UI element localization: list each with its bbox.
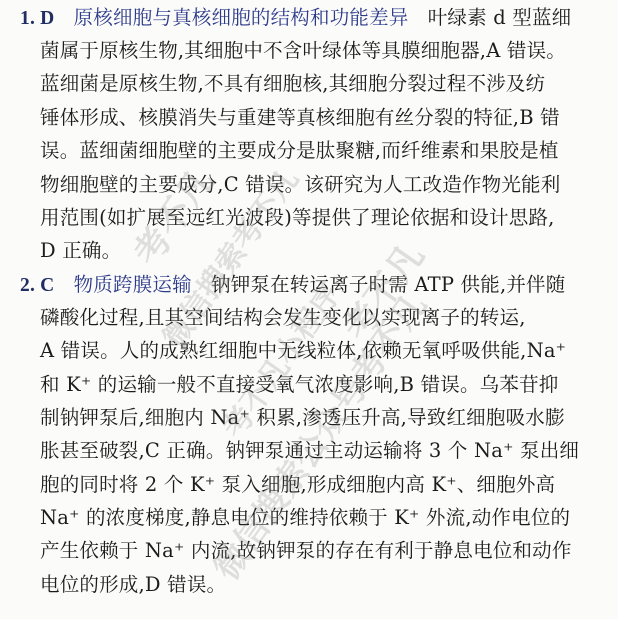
item-2-line: 产生依赖于 Na⁺ 内流,故钠钾泵的存在有利于静息电位和动作 — [40, 534, 612, 567]
item-2-line: 磷酸化过程,且其空间结构会发生变化以实现离子的转运, — [40, 301, 612, 334]
item-2-line: 胞的同时将 2 个 K⁺ 泵入细胞,形成细胞内高 K⁺、细胞外高 — [40, 468, 612, 501]
item-2-line: A 错误。人的成熟红细胞中无线粒体,依赖无氧呼吸供能,Na⁺ — [40, 334, 612, 367]
item-1-line: 蓝细菌是原核生物,不具有细胞核,其细胞分裂过程不涉及纺 — [40, 67, 612, 100]
item-1-line: 用范围(如扩展至远红光波段)等提供了理论依据和设计思路, — [40, 201, 612, 234]
item-2-text-0: 钠钾泵在转运离子时需 ATP 供能,并伴随 — [211, 273, 565, 296]
item-1-line: 菌属于原核生物,其细胞中不含叶绿体等具膜细胞器,A 错误。 — [40, 34, 612, 67]
answer-explanation-page: 1. D 原核细胞与真核细胞的结构和功能差异 叶绿素 d 型蓝细 菌属于原核生物… — [0, 0, 618, 619]
item-1-line: 误。蓝细菌细胞壁的主要成分是肽聚糖,而纤维素和果胶是植 — [40, 134, 612, 167]
item-2-line: 胀甚至破裂,C 正确。钠钾泵通过主动运输将 3 个 Na⁺ 泵出细 — [40, 434, 612, 467]
item-2-topic: 物质跨膜运输 — [74, 273, 192, 296]
item-2-line: 制钠钾泵后,细胞内 Na⁺ 积累,渗透压升高,导致红细胞吸水膨 — [40, 401, 612, 434]
item-1-text-0: 叶绿素 d 型蓝细 — [428, 6, 572, 29]
item-2-line: 和 K⁺ 的运输一般不直接受氧气浓度影响,B 错误。乌苯苷抑 — [40, 368, 612, 401]
item-1-line: 锤体形成、核膜消失与重建等真核细胞有丝分裂的特征,B 错 — [40, 101, 612, 134]
item-1-line: 物细胞壁的主要成分,C 错误。该研究为人工改造作物光能利 — [40, 168, 612, 201]
item-2-line: Na⁺ 的浓度梯度,静息电位的维持依赖于 K⁺ 外流,动作电位的 — [40, 501, 612, 534]
item-1-topic: 原核细胞与真核细胞的结构和功能差异 — [74, 6, 409, 29]
item-2-header-line: 2. C 物质跨膜运输 钠钾泵在转运离子时需 ATP 供能,并伴随 — [20, 268, 612, 301]
item-1-line: D 正确。 — [40, 234, 612, 267]
item-2-number: 2. C — [20, 275, 54, 296]
item-1-header-line: 1. D 原核细胞与真核细胞的结构和功能差异 叶绿素 d 型蓝细 — [20, 1, 612, 34]
item-2-line: 电位的形成,D 错误。 — [40, 568, 612, 601]
item-1-number: 1. D — [20, 8, 54, 29]
